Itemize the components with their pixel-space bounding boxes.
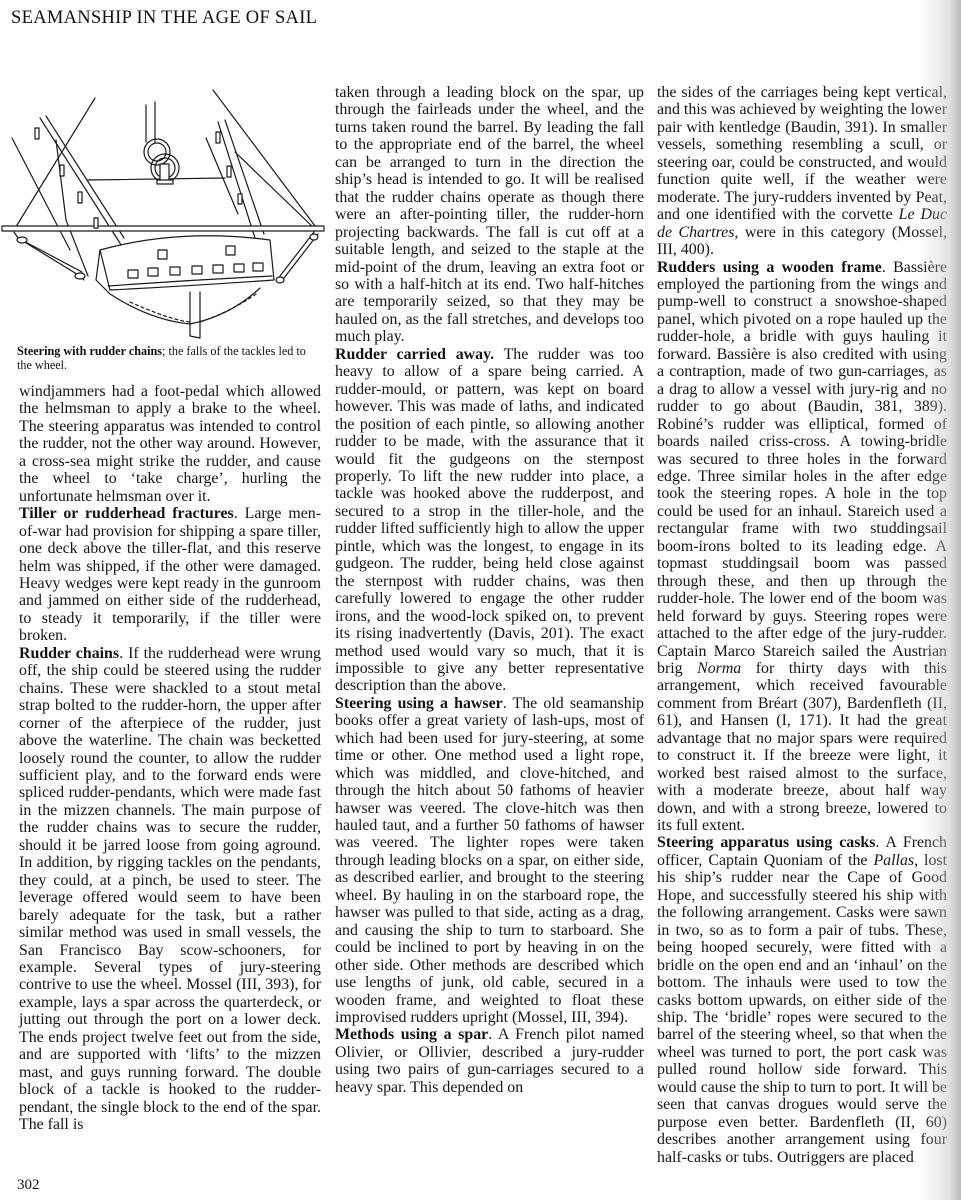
section-heading: Rudder carried away. xyxy=(335,346,494,363)
paragraph: Rudders using a wooden frame. Bassière e… xyxy=(657,259,947,835)
column-middle: taken through a leading block on the spa… xyxy=(335,84,644,1096)
paragraph: Methods using a spar. A French pilot nam… xyxy=(335,1026,644,1096)
section-heading: Methods using a spar xyxy=(335,1026,488,1043)
paragraph: Rudder chains. If the rudderhead were wr… xyxy=(19,645,321,1134)
ship-stern-rudder-chains-illustration-icon xyxy=(0,80,330,342)
paragraph: the sides of the carriages being kept ve… xyxy=(657,84,947,259)
figure xyxy=(0,80,330,342)
column-left: windjammers had a foot-pedal which allow… xyxy=(19,383,321,1133)
section-heading: Steering using a hawser xyxy=(335,695,503,712)
column-right: the sides of the carriages being kept ve… xyxy=(657,84,947,1166)
paragraph: Steering using a hawser. The old seamans… xyxy=(335,695,644,1027)
section-heading: Steering apparatus using casks xyxy=(657,834,875,851)
section-heading: Rudders using a wooden frame xyxy=(657,259,882,276)
paragraph: windjammers had a foot-pedal which allow… xyxy=(19,383,321,505)
figure-caption: Steering with rudder chains; the falls o… xyxy=(17,344,322,372)
section-heading: Rudder chains xyxy=(19,645,119,662)
section-heading: Tiller or rudderhead fractures xyxy=(19,505,234,522)
paragraph: Tiller or rudderhead fractures. Large me… xyxy=(19,505,321,645)
running-head: Seamanship in the Age of Sail xyxy=(11,8,317,29)
page-number: 302 xyxy=(17,1177,40,1194)
paragraph: Steering apparatus using casks. A French… xyxy=(657,834,947,1166)
paragraph: Rudder carried away. The rudder was too … xyxy=(335,346,644,695)
paragraph: taken through a leading block on the spa… xyxy=(335,84,644,346)
caption-bold: Steering with rudder chains xyxy=(17,344,162,358)
